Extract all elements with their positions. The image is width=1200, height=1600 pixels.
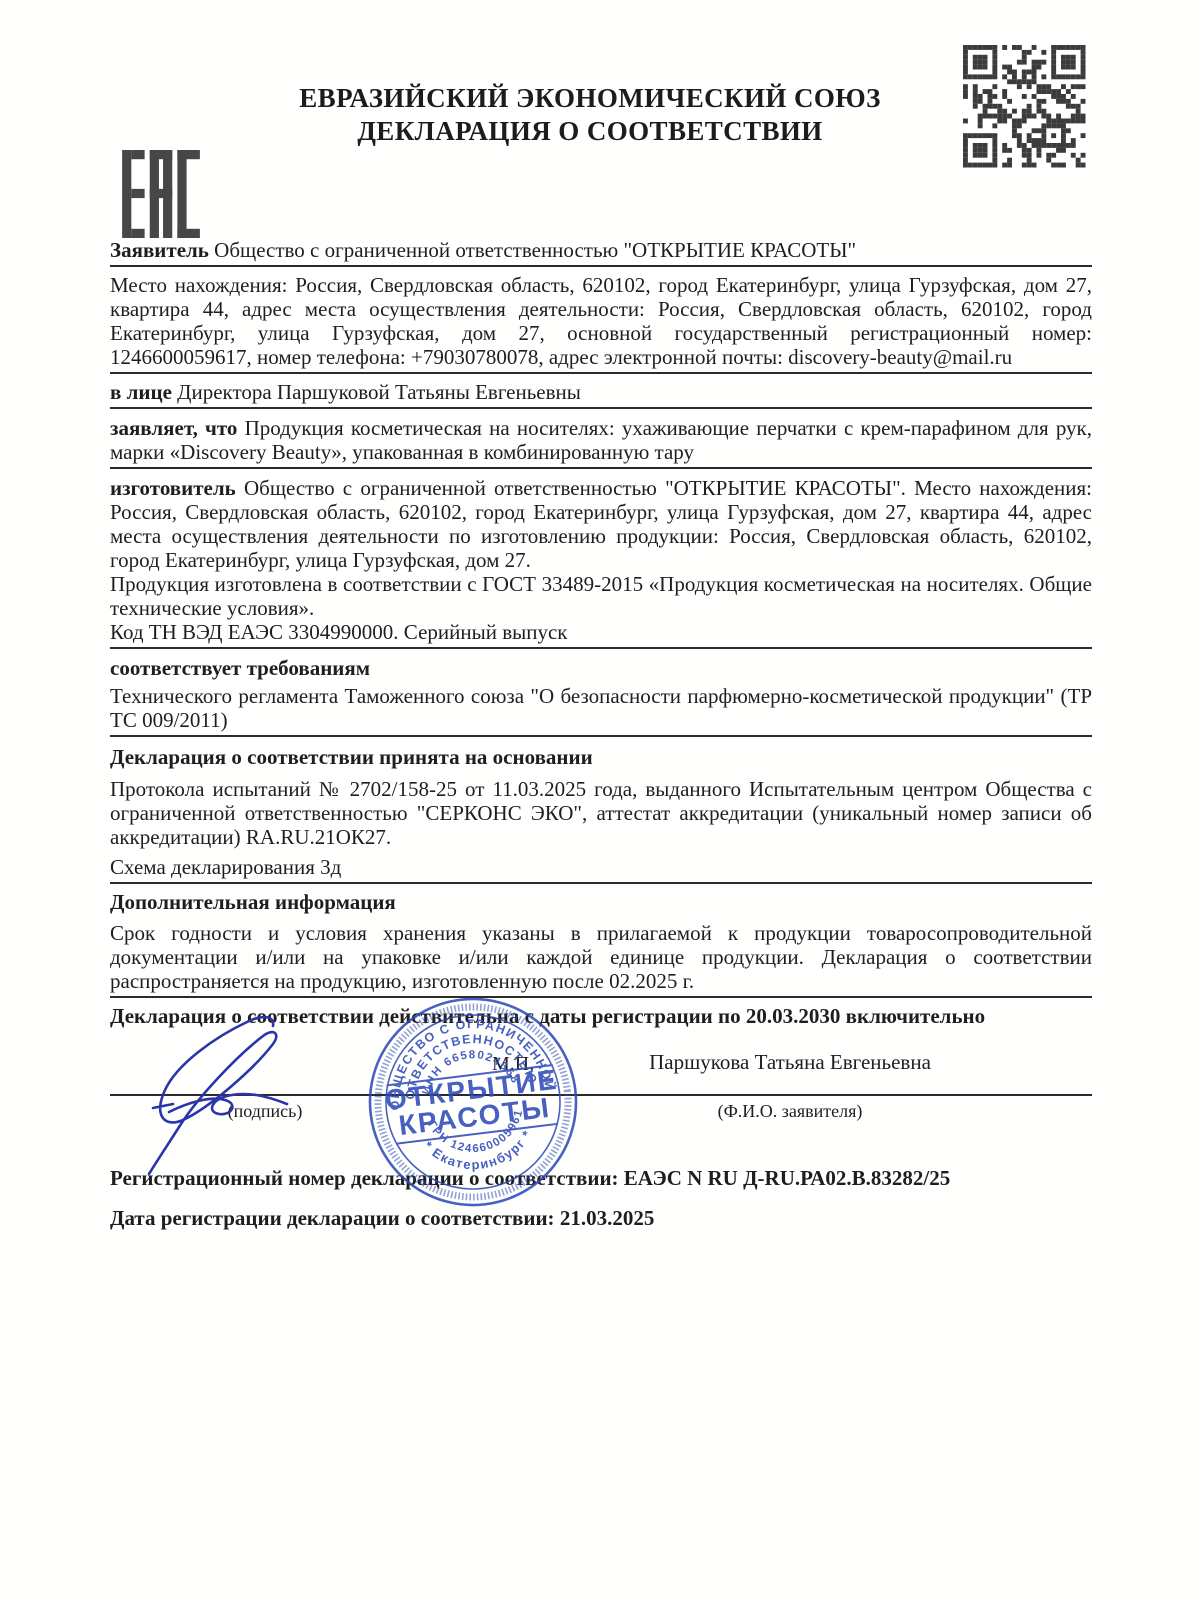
additional-info-section: Дополнительная информация Срок годности … xyxy=(110,890,1092,998)
declaration-document: ЕВРАЗИЙСКИЙ ЭКОНОМИЧЕСКИЙ СОЮЗ ДЕКЛАРАЦИ… xyxy=(0,0,1200,1600)
applicant-label: Заявитель xyxy=(110,238,209,262)
compliance-value: Технического регламента Таможенного союз… xyxy=(110,684,1092,737)
registration-number-value: ЕАЭС N RU Д-RU.РА02.В.83282/25 xyxy=(624,1166,950,1190)
manufacturer-row: изготовитель Общество с ограниченной отв… xyxy=(110,476,1092,572)
manufacturer-value: Общество с ограниченной ответственностью… xyxy=(110,476,1092,572)
gost-row: Продукция изготовлена в соответствии с Г… xyxy=(110,572,1092,620)
stamp-ogrn: ОГРН 1246600059617 xyxy=(422,1087,530,1161)
declares-value: Продукция косметическая на носителях: ух… xyxy=(110,416,1092,464)
additional-info-label: Дополнительная информация xyxy=(110,890,1092,914)
applicant-row: Заявитель Общество с ограниченной ответс… xyxy=(110,238,1092,267)
declaration-body: Заявитель Общество с ограниченной ответс… xyxy=(110,238,1092,1230)
eac-letters xyxy=(122,150,200,238)
svg-text:ОГРН 1246600059617: ОГРН 1246600059617 xyxy=(422,1087,530,1161)
manufacturer-label: изготовитель xyxy=(110,476,236,500)
handwritten-signature xyxy=(125,1012,320,1187)
mp-label: М.П. xyxy=(492,1052,534,1076)
represented-by-value: Директора Паршуковой Татьяны Евгеньевны xyxy=(177,380,581,404)
represented-by-label: в лице xyxy=(110,380,172,404)
basis-value: Протокола испытаний № 2702/158-25 от 11.… xyxy=(110,777,1092,849)
additional-info-value: Срок годности и условия хранения указаны… xyxy=(110,921,1092,993)
declares-label: заявляет, что xyxy=(110,416,237,440)
signature-block: М.П. (подпись) Паршукова Татьяна Евгенье… xyxy=(110,1028,1092,1148)
signature-strokes xyxy=(149,1017,287,1174)
declaration-scheme: Схема декларирования 3д xyxy=(110,855,1092,879)
represented-by-row: в лице Директора Паршуковой Татьяны Евге… xyxy=(110,380,1092,409)
applicant-value: Общество с ограниченной ответственностью… xyxy=(214,238,856,262)
registration-date-label: Дата регистрации декларации о соответств… xyxy=(110,1206,555,1230)
qr-code xyxy=(963,45,1086,168)
signatory-name-caption: (Ф.И.О. заявителя) xyxy=(655,1100,925,1122)
basis-section: Декларация о соответствии принята на осн… xyxy=(110,745,1092,884)
compliance-label: соответствует требованиям xyxy=(110,656,1092,680)
registration-date-row: Дата регистрации декларации о соответств… xyxy=(110,1206,1092,1230)
stamp-company-name-line2: КРАСОТЫ xyxy=(397,1092,552,1141)
applicant-address: Место нахождения: Россия, Свердловская о… xyxy=(110,273,1092,374)
basis-label: Декларация о соответствии принята на осн… xyxy=(110,745,1092,769)
applicant-signatory-name: Паршукова Татьяна Евгеньевна xyxy=(615,1050,965,1074)
declares-row: заявляет, что Продукция косметическая на… xyxy=(110,416,1092,469)
registration-date-value: 21.03.2025 xyxy=(560,1206,655,1230)
manufacturer-section: изготовитель Общество с ограниченной отв… xyxy=(110,476,1092,649)
tnved-row: Код ТН ВЭД ЕАЭС 3304990000. Серийный вып… xyxy=(110,620,1092,644)
eac-conformity-mark-icon xyxy=(121,150,201,238)
